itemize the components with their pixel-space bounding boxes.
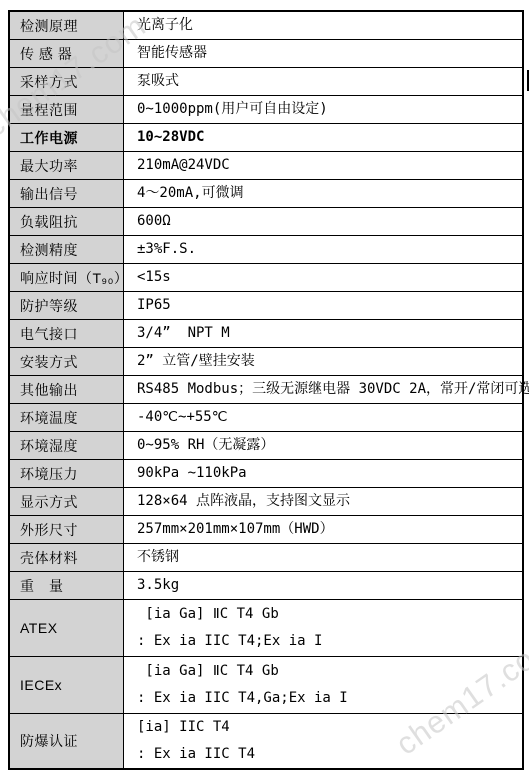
row-label: 壳体材料 (10, 544, 124, 571)
row-label: 输出信号 (10, 180, 124, 207)
row-value: ±3%F.S. (124, 236, 522, 263)
table-row: 检测原理 光离子化 (10, 12, 522, 40)
value-line: 智能传感器 (137, 40, 522, 67)
table-row: 防爆认证 [ia] IIC T4: Ex ia IIC T4 (10, 714, 522, 768)
table-row: 输出信号 4～20mA,可微调 (10, 180, 522, 208)
value-line: 600Ω (137, 208, 522, 235)
row-value: 泵吸式 (124, 68, 522, 95)
row-value: -40℃~+55℃ (124, 404, 522, 431)
table-row: 工作电源 10~28VDC (10, 124, 522, 152)
row-label: 安装方式 (10, 348, 124, 375)
table-row: 其他输出 RS485 Modbus；三级无源继电器 30VDC 2A，常开/常闭… (10, 376, 522, 404)
value-line: : Ex ia IIC T4,Ga;Ex ia I (137, 685, 522, 712)
row-label: 防爆认证 (10, 714, 124, 768)
value-line: 128×64 点阵液晶，支持图文显示 (137, 488, 522, 515)
row-label: 环境压力 (10, 460, 124, 487)
table-row: 安装方式 2” 立管/壁挂安装 (10, 348, 522, 376)
row-label: 负载阻抗 (10, 208, 124, 235)
value-line: 0~1000ppm(用户可自由设定) (137, 96, 522, 123)
value-line: 3/4” NPT M (137, 320, 522, 347)
row-value: [ia Ga] ⅡC T4 Gb: Ex ia IIC T4;Ex ia I (124, 600, 522, 656)
row-label: 工作电源 (10, 124, 124, 151)
value-line: 光离子化 (137, 12, 522, 39)
row-value: [ia Ga] ⅡC T4 Gb: Ex ia IIC T4,Ga;Ex ia … (124, 657, 522, 713)
table-row: 环境温度 -40℃~+55℃ (10, 404, 522, 432)
row-value: 210mA@24VDC (124, 152, 522, 179)
row-value: 3.5kg (124, 572, 522, 599)
row-value: 600Ω (124, 208, 522, 235)
table-row: 最大功率 210mA@24VDC (10, 152, 522, 180)
value-line: 0~95% RH（无凝露） (137, 432, 522, 459)
table-row: 检测精度 ±3%F.S. (10, 236, 522, 264)
value-line: [ia] IIC T4 (137, 714, 522, 741)
row-value: <15s (124, 264, 522, 291)
row-value: 0~1000ppm(用户可自由设定) (124, 96, 522, 123)
row-label: IECEx (10, 657, 124, 713)
table-row: 重 量 3.5kg (10, 572, 522, 600)
table-row: 电气接口 3/4” NPT M (10, 320, 522, 348)
table-row: 壳体材料 不锈钢 (10, 544, 522, 572)
row-label: ATEX (10, 600, 124, 656)
value-line: [ia Ga] ⅡC T4 Gb (137, 658, 522, 685)
row-value: 128×64 点阵液晶，支持图文显示 (124, 488, 522, 515)
row-label: 环境湿度 (10, 432, 124, 459)
row-value: RS485 Modbus；三级无源继电器 30VDC 2A，常开/常闭可选 (124, 376, 529, 403)
value-line: : Ex ia IIC T4;Ex ia I (137, 628, 522, 655)
row-label: 防护等级 (10, 292, 124, 319)
table-row: 环境湿度 0~95% RH（无凝露） (10, 432, 522, 460)
row-label: 检测原理 (10, 12, 124, 39)
table-row: 环境压力 90kPa ~110kPa (10, 460, 522, 488)
row-label: 响应时间（T₉₀） (10, 264, 124, 291)
row-label: 最大功率 (10, 152, 124, 179)
spec-table: 检测原理 光离子化 传 感 器 智能传感器 采样方式 泵吸式 量程范围 0~10… (8, 10, 524, 770)
value-line: 4～20mA,可微调 (137, 180, 522, 207)
row-label: 环境温度 (10, 404, 124, 431)
row-value: 智能传感器 (124, 40, 522, 67)
table-row: 防护等级 IP65 (10, 292, 522, 320)
value-line: 90kPa ~110kPa (137, 460, 522, 487)
row-label: 显示方式 (10, 488, 124, 515)
table-row: 采样方式 泵吸式 (10, 68, 522, 96)
value-line: <15s (137, 264, 522, 291)
value-line: : Ex ia IIC T4 (137, 741, 522, 768)
table-row: 负载阻抗 600Ω (10, 208, 522, 236)
value-line: IP65 (137, 292, 522, 319)
row-value: 不锈钢 (124, 544, 522, 571)
table-row: 响应时间（T₉₀） <15s (10, 264, 522, 292)
value-line: 210mA@24VDC (137, 152, 522, 179)
row-label: 重 量 (10, 572, 124, 599)
value-line: 3.5kg (137, 572, 522, 599)
row-value: [ia] IIC T4: Ex ia IIC T4 (124, 714, 522, 768)
table-row: IECEx [ia Ga] ⅡC T4 Gb: Ex ia IIC T4,Ga;… (10, 657, 522, 714)
value-line: RS485 Modbus；三级无源继电器 30VDC 2A，常开/常闭可选 (137, 376, 529, 403)
row-value: 10~28VDC (124, 124, 522, 151)
row-value: 4～20mA,可微调 (124, 180, 522, 207)
row-label: 外形尺寸 (10, 516, 124, 543)
row-value: 3/4” NPT M (124, 320, 522, 347)
value-line: -40℃~+55℃ (137, 404, 522, 431)
row-value: 0~95% RH（无凝露） (124, 432, 522, 459)
table-row: 显示方式 128×64 点阵液晶，支持图文显示 (10, 488, 522, 516)
row-value: 光离子化 (124, 12, 522, 39)
value-line: 2” 立管/壁挂安装 (137, 348, 522, 375)
table-row: ATEX [ia Ga] ⅡC T4 Gb: Ex ia IIC T4;Ex i… (10, 600, 522, 657)
value-line: ±3%F.S. (137, 236, 522, 263)
value-line: 10~28VDC (137, 124, 522, 151)
table-row: 外形尺寸 257mm×201mm×107mm（HWD） (10, 516, 522, 544)
value-line: [ia Ga] ⅡC T4 Gb (137, 601, 522, 628)
value-line: 257mm×201mm×107mm（HWD） (137, 516, 522, 543)
row-value: 257mm×201mm×107mm（HWD） (124, 516, 522, 543)
row-label: 量程范围 (10, 96, 124, 123)
table-row: 传 感 器 智能传感器 (10, 40, 522, 68)
value-line: 泵吸式 (137, 68, 522, 95)
row-value: 90kPa ~110kPa (124, 460, 522, 487)
row-value: IP65 (124, 292, 522, 319)
row-label: 检测精度 (10, 236, 124, 263)
row-label: 传 感 器 (10, 40, 124, 67)
value-line: 不锈钢 (137, 544, 522, 571)
row-label: 采样方式 (10, 68, 124, 95)
row-label: 电气接口 (10, 320, 124, 347)
row-label: 其他输出 (10, 376, 124, 403)
row-value: 2” 立管/壁挂安装 (124, 348, 522, 375)
table-row: 量程范围 0~1000ppm(用户可自由设定) (10, 96, 522, 124)
